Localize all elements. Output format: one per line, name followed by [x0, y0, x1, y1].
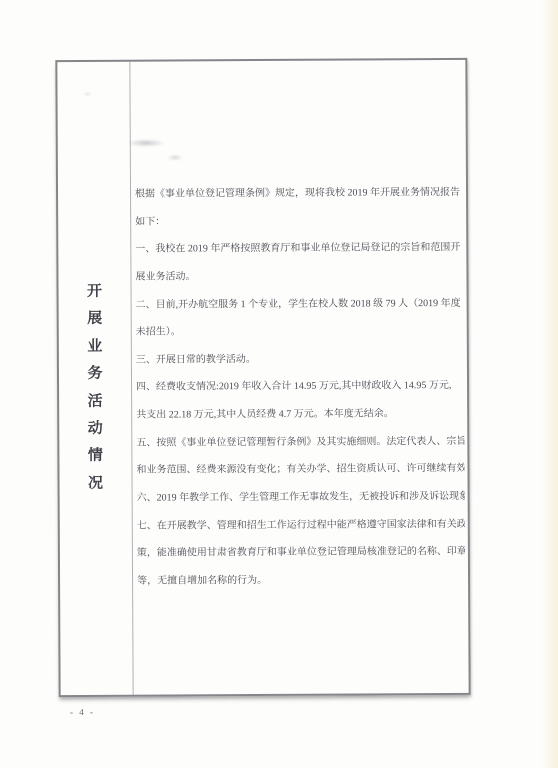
report-line: 六、2019 年教学工作、学生管理工作无事故发生，无被投诉和涉及诉讼现象。: [137, 483, 465, 512]
row-label-char: 展: [87, 306, 102, 333]
row-label-char: 情: [88, 443, 103, 470]
report-line: 一、我校在 2019 年严格按照教育厅和事业单位登记局登记的宗旨和范围开: [135, 234, 463, 263]
report-line: 共支出 22.18 万元,其中人员经费 4.7 万元。本年度无结余。: [136, 400, 464, 429]
report-line: 五、按照《事业单位登记管理暂行条例》及其实施细则。法定代表人、宗旨: [136, 428, 464, 457]
report-line: 策，能准确使用甘肃省教育厅和事业单位登记管理局核准登记的名称、印章: [137, 538, 465, 567]
report-line: 二、目前,开办航空服务 1 个专业，学生在校人数 2018 级 79 人（201…: [136, 290, 464, 319]
report-line: 三、开展日常的教学活动。: [136, 345, 464, 374]
report-line: 如下：: [135, 207, 463, 236]
row-label-vertical-text: 开 展 业 务 活 动 情 况: [58, 279, 131, 498]
report-line: 等，无擅自增加名称的行为。: [137, 566, 465, 595]
page-number: - 4 -: [70, 707, 95, 717]
report-line: 展业务活动。: [135, 262, 463, 291]
row-label-char: 活: [88, 388, 103, 415]
row-label-cell: 开 展 业 务 活 动 情 况: [57, 62, 133, 695]
smudge-mark: [127, 139, 165, 147]
row-label-char: 业: [87, 334, 102, 361]
scanned-document-page: 开 展 业 务 活 动 情 况 根据《事业单位登记管理条例》规定，现将我校 20…: [0, 0, 558, 768]
report-line: 未招生）。: [136, 317, 464, 346]
report-form-table: 开 展 业 务 活 动 情 况 根据《事业单位登记管理条例》规定，现将我校 20…: [55, 58, 470, 697]
row-label-char: 动: [88, 416, 103, 443]
report-line: 和业务范围、经费来源没有变化；有关办学、招生资质认可、许可继续有效。: [136, 455, 464, 484]
row-label-char: 开: [87, 279, 102, 306]
report-text-block: 根据《事业单位登记管理条例》规定，现将我校 2019 年开展业务情况报告 如下：…: [135, 179, 465, 595]
scan-edge-tint: [542, 0, 558, 768]
row-label-char: 况: [88, 471, 103, 498]
report-line: 七、在开展教学、管理和招生工作运行过程中能严格遵守国家法律和有关政: [137, 511, 465, 540]
report-line: 根据《事业单位登记管理条例》规定，现将我校 2019 年开展业务情况报告: [135, 179, 463, 208]
report-line: 四、经费收支情况:2019 年收入合计 14.95 万元,其中财政收入 14.9…: [136, 372, 464, 401]
scan-fleck: [83, 91, 92, 97]
row-label-char: 务: [87, 361, 102, 388]
smudge-mark: [167, 154, 183, 161]
